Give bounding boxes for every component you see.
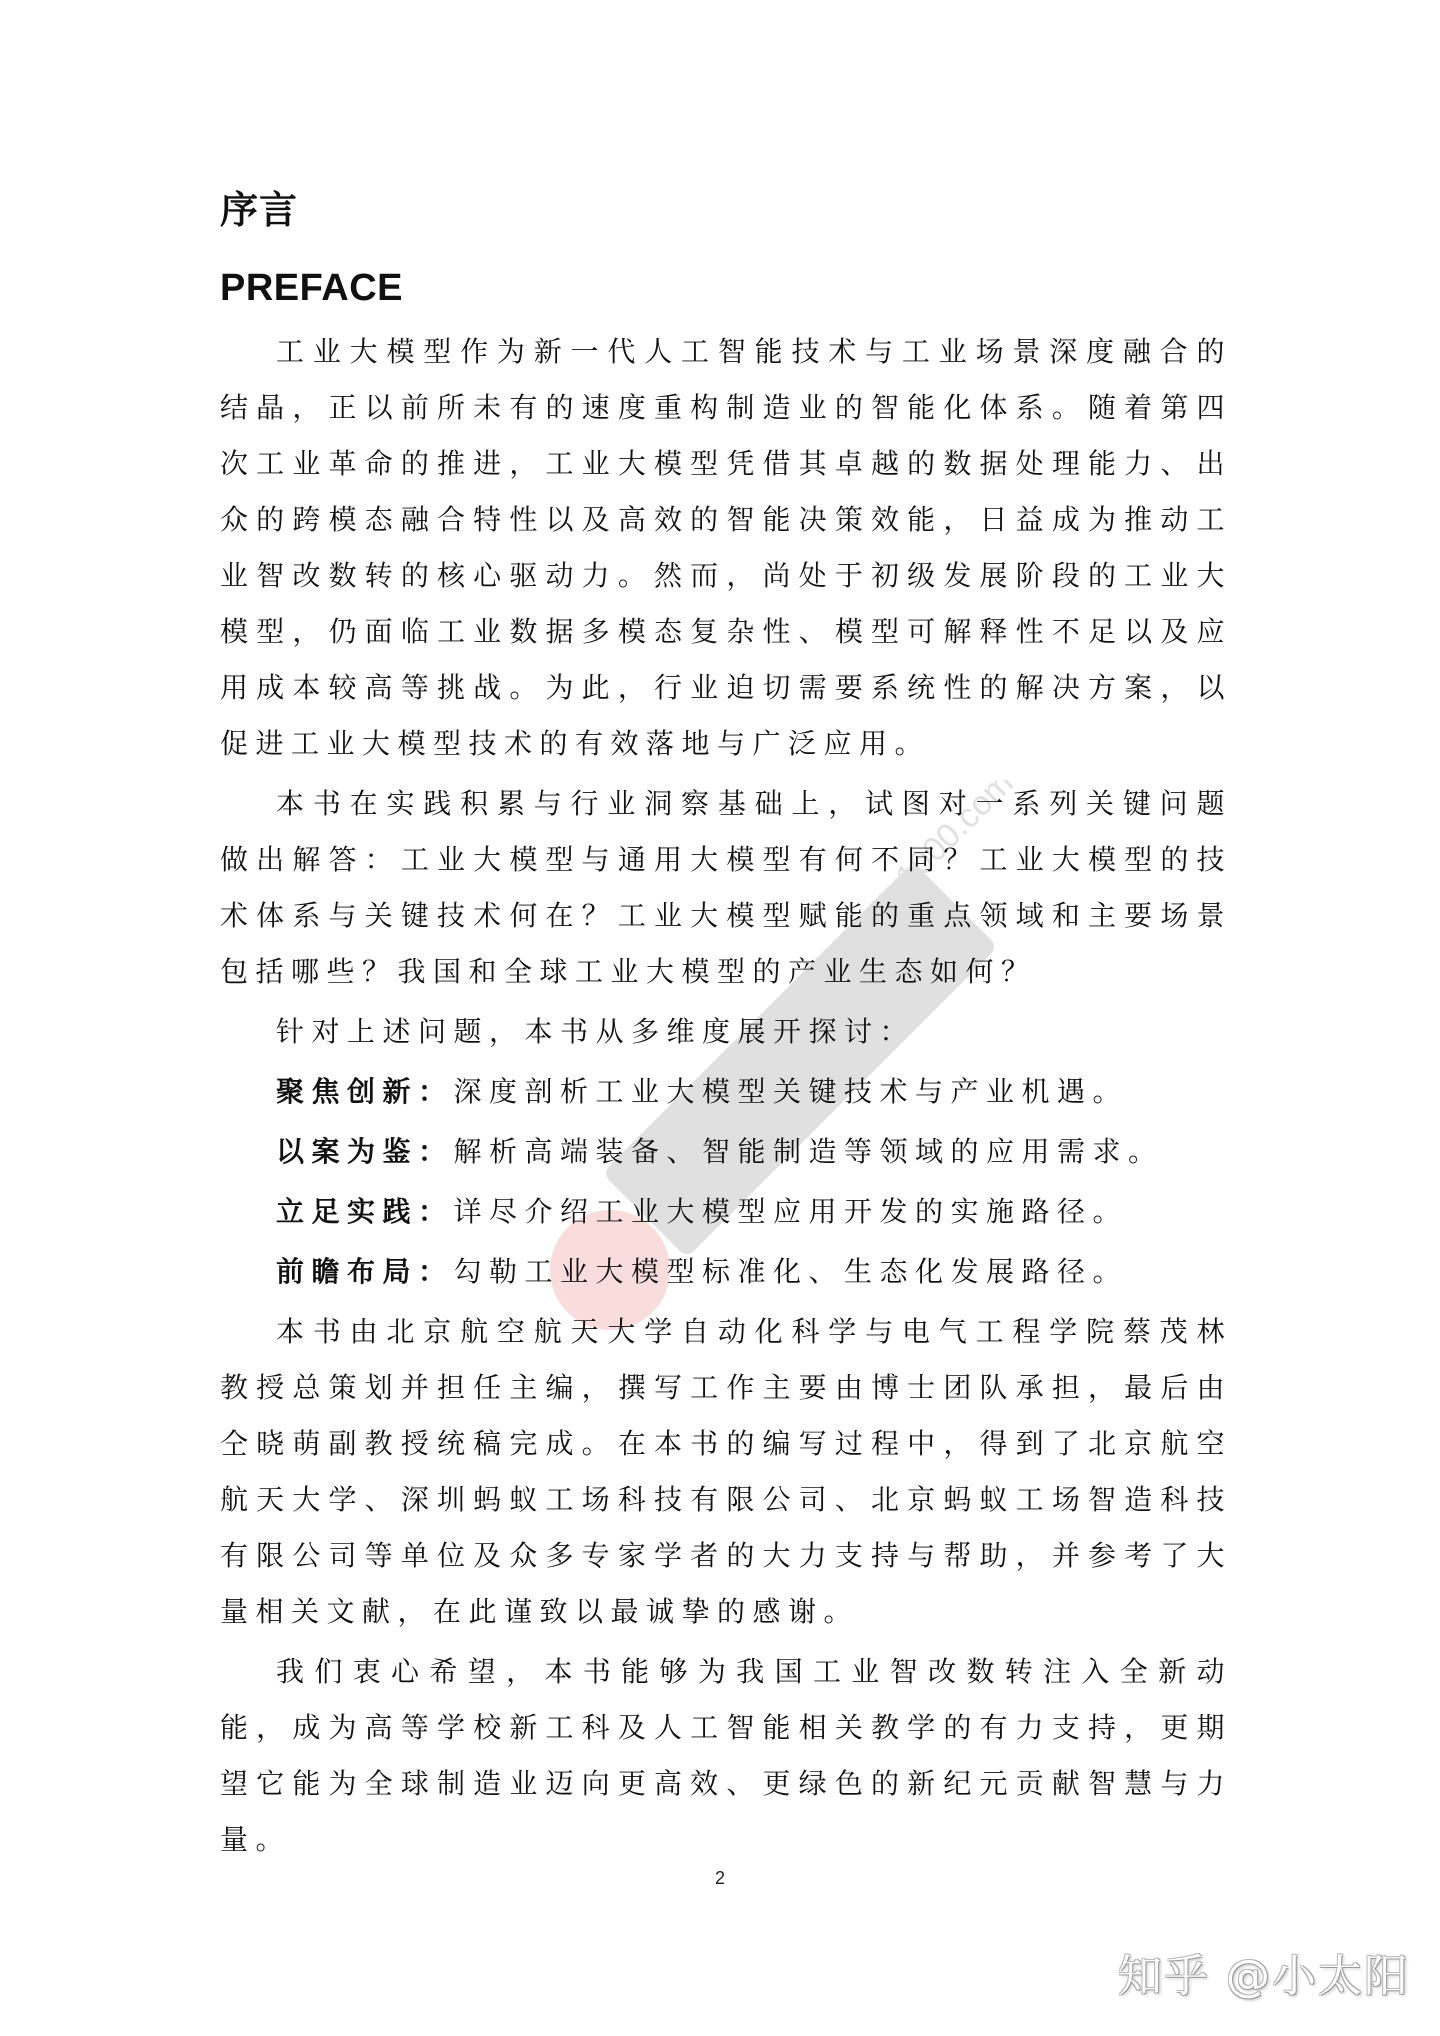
list-item: 聚焦创新：深度剖析工业大模型关键技术与产业机遇。 — [220, 1064, 1232, 1120]
list-item-label: 前瞻布局： — [276, 1255, 454, 1288]
paragraph-acknowledgement: 本书由北京航空航天大学自动化科学与电气工程学院蔡茂林教授总策划并担任主编，撰写工… — [220, 1304, 1232, 1640]
list-item-text: 解析高端装备、智能制造等领域的应用需求。 — [454, 1135, 1164, 1168]
list-item-label: 立足实践： — [276, 1195, 454, 1228]
paragraph-lead: 针对上述问题，本书从多维度展开探讨： — [220, 1004, 1232, 1060]
page-number: 2 — [0, 1868, 1440, 1889]
document-page: 序言 PREFACE 工业大模型作为新一代人工智能技术与工业场景深度融合的结晶，… — [220, 180, 1232, 1872]
page-title-cn: 序言 — [220, 180, 1232, 240]
list-item-label: 聚焦创新： — [276, 1075, 454, 1108]
list-item-text: 勾勒工业大模型标准化、生态化发展路径。 — [454, 1255, 1129, 1288]
paragraph-questions: 本书在实践积累与行业洞察基础上，试图对一系列关键问题做出解答：工业大模型与通用大… — [220, 776, 1232, 1000]
zhihu-watermark: 知乎 @小太阳 — [1118, 1940, 1410, 2004]
list-item-text: 详尽介绍工业大模型应用开发的实施路径。 — [454, 1195, 1129, 1228]
paragraph-intro: 工业大模型作为新一代人工智能技术与工业场景深度融合的结晶，正以前所未有的速度重构… — [220, 324, 1232, 772]
paragraph-closing: 我们衷心希望，本书能够为我国工业智改数转注入全新动能，成为高等学校新工科及人工智… — [220, 1644, 1232, 1868]
list-item-label: 以案为鉴： — [276, 1135, 454, 1168]
list-item-text: 深度剖析工业大模型关键技术与产业机遇。 — [454, 1075, 1129, 1108]
page-title-en: PREFACE — [220, 258, 1232, 318]
list-item: 前瞻布局：勾勒工业大模型标准化、生态化发展路径。 — [220, 1244, 1232, 1300]
list-item: 立足实践：详尽介绍工业大模型应用开发的实施路径。 — [220, 1184, 1232, 1240]
list-item: 以案为鉴：解析高端装备、智能制造等领域的应用需求。 — [220, 1124, 1232, 1180]
